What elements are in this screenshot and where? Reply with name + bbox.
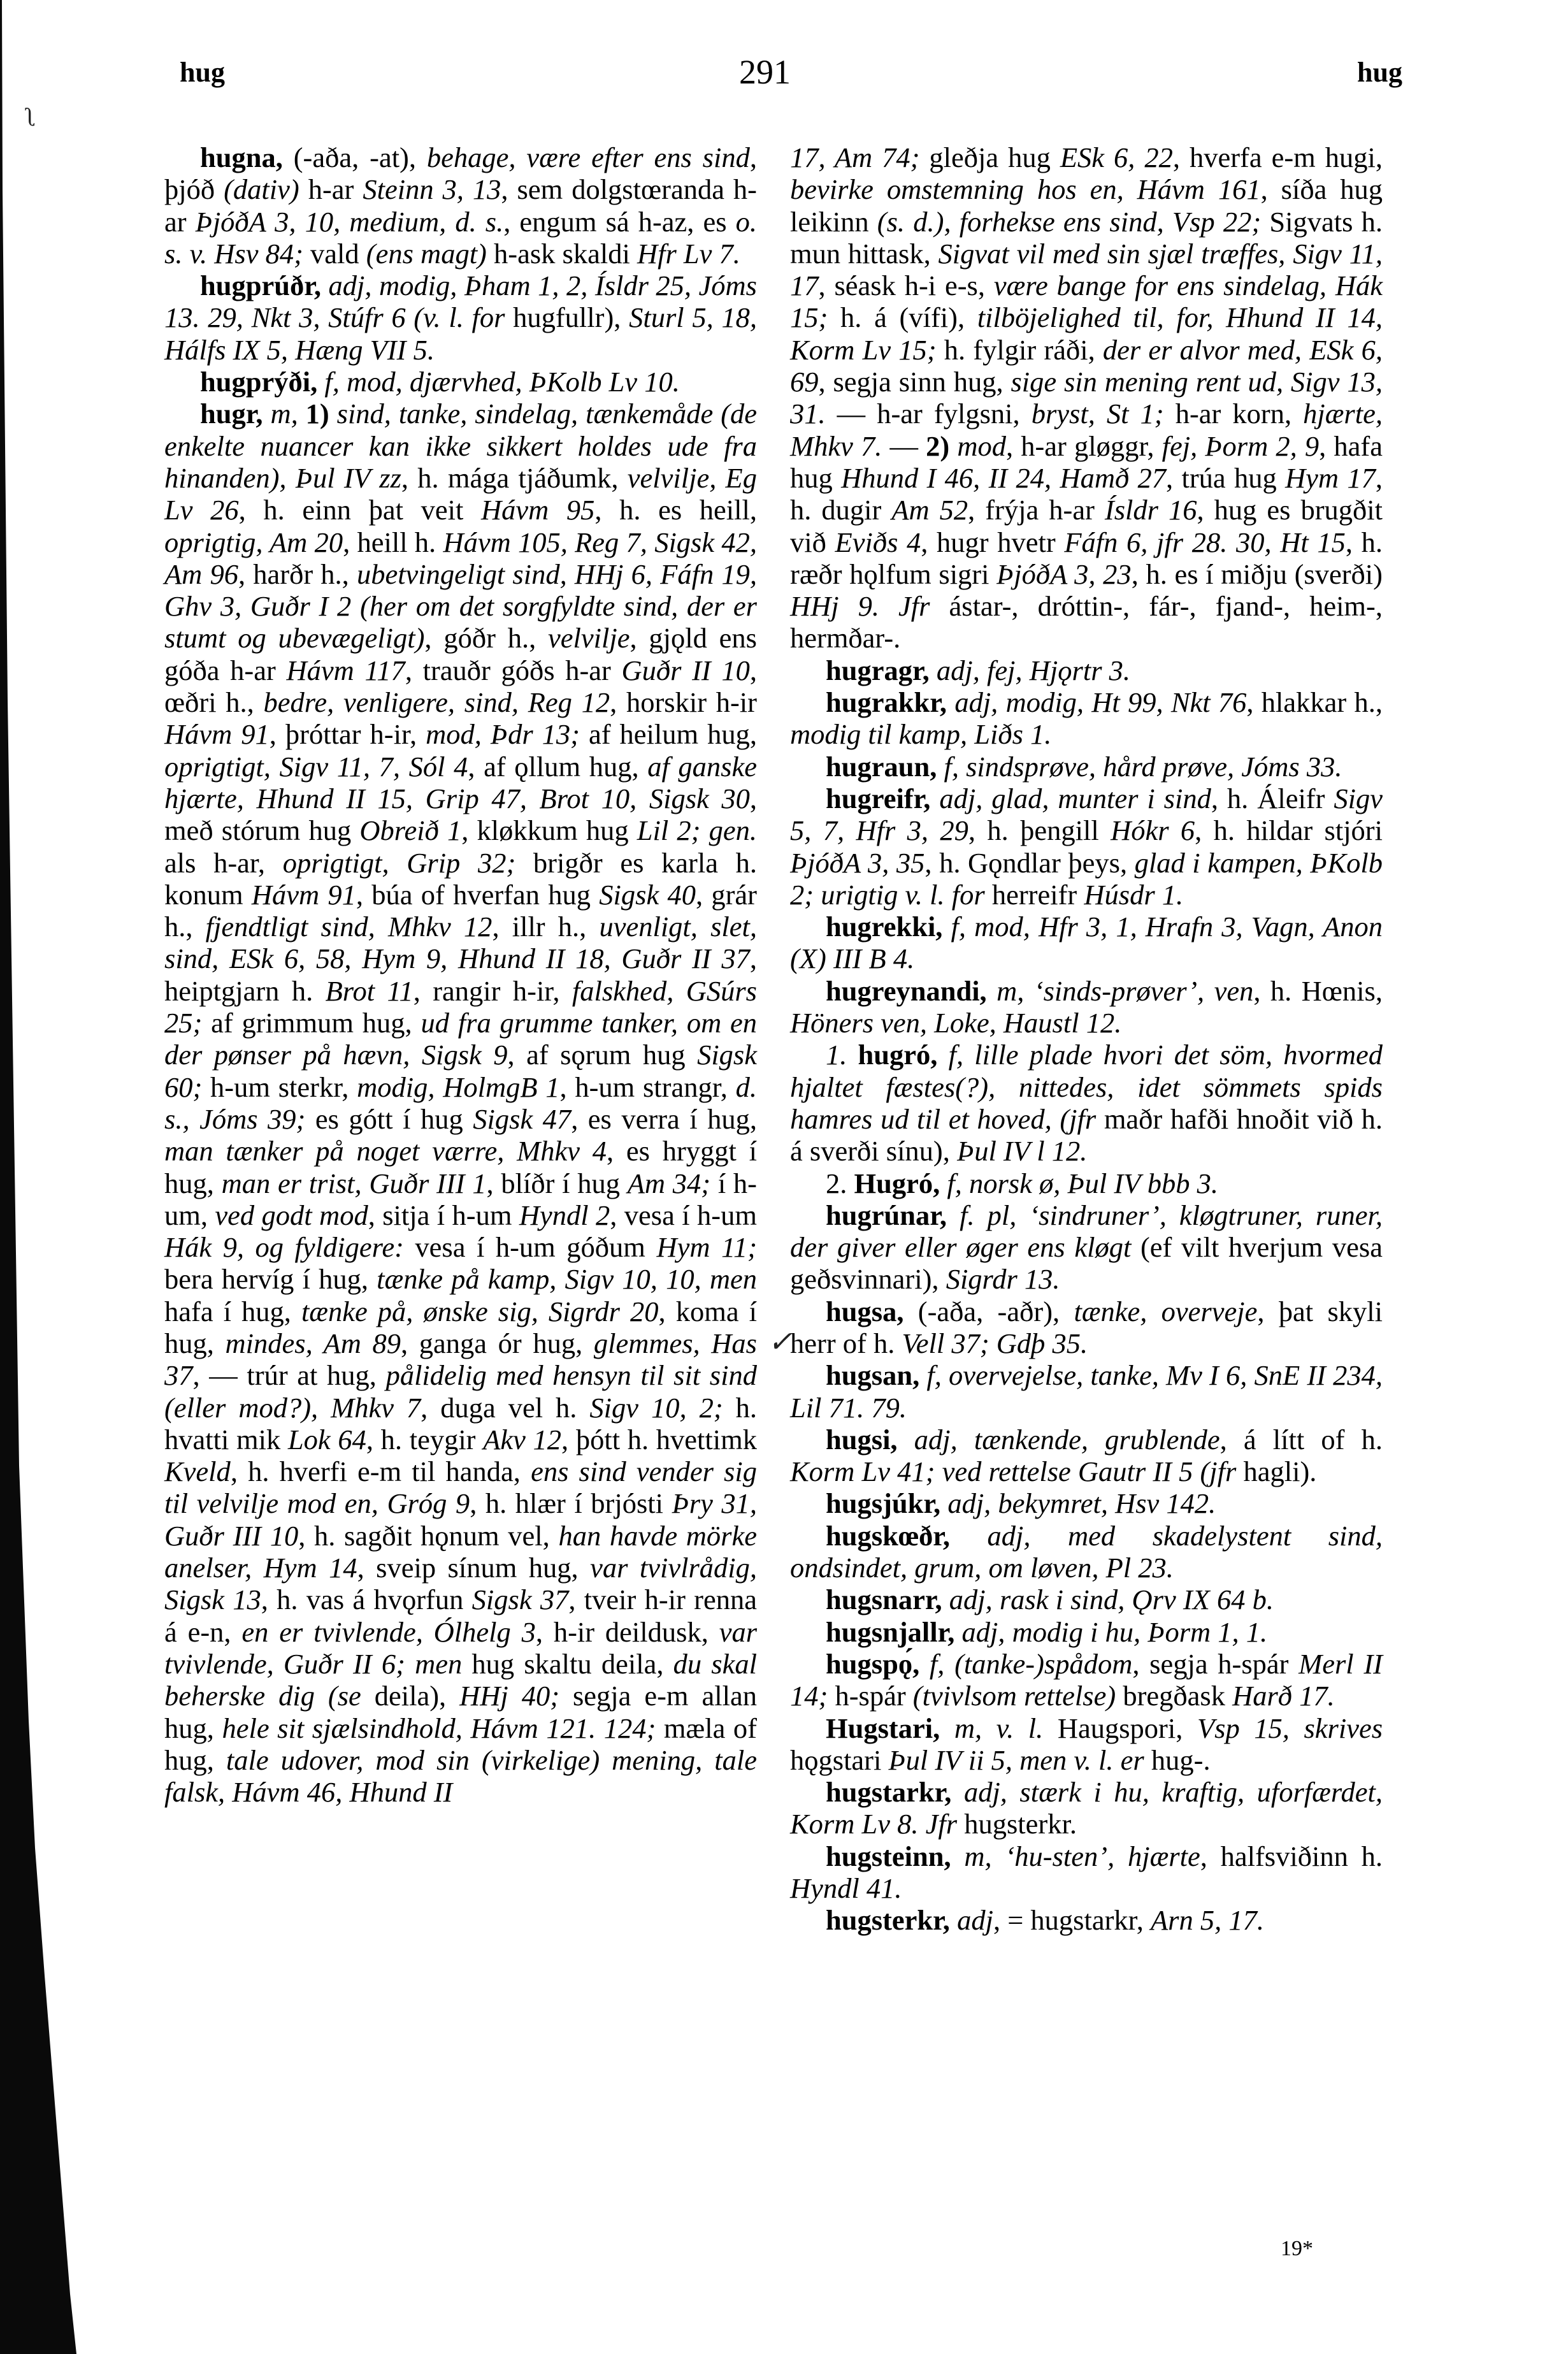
entry-text: , illr h., [492, 911, 599, 942]
italic-gloss: adj, glad, munter i sind [939, 783, 1211, 814]
italic-gloss: f, mod, djærvhed, ÞKolb Lv 10. [324, 366, 679, 398]
dictionary-entry: 17, Am 74; gleðja hug ESk 6, 22, hverfa … [790, 141, 1383, 654]
headword: hugsjúkr, [826, 1487, 940, 1519]
headword: 2) [926, 430, 957, 462]
entry-text [947, 686, 954, 718]
entry-text: hagli). [1236, 1455, 1316, 1487]
headword: hugsnjallr, [826, 1616, 954, 1648]
signature-mark: 19* [1281, 2237, 1313, 2261]
italic-gloss: ÞjóðA 3, 23 [996, 558, 1132, 590]
entry-text [942, 1584, 949, 1615]
italic-gloss: Sigsk 40 [599, 879, 696, 911]
italic-gloss: tale udover, mod sin (virkelige) mening,… [164, 1744, 757, 1808]
right-guide-word: hug [1357, 56, 1402, 89]
headword: hugró, [858, 1039, 938, 1071]
entry-text [950, 1520, 988, 1552]
headword: hugreynandi, [826, 975, 987, 1007]
italic-gloss: Guðr II 10 [621, 654, 749, 686]
italic-gloss: fjendtligt sind, Mhkv 12 [206, 911, 493, 942]
entry-text: , h. Gǫndlar þeys, [924, 847, 1134, 879]
entry-text: — [882, 430, 926, 462]
entry-text [951, 1840, 965, 1872]
entry-text [950, 1904, 957, 1936]
italic-gloss: Hyndl 41. [790, 1872, 902, 1904]
entry-text: herreifr [985, 879, 1084, 911]
italic-gloss: Hávm 91 [252, 879, 356, 911]
italic-gloss: oprigtigt, Sigv 11, 7, Sól 4 [164, 751, 468, 783]
italic-gloss: Lok 64 [288, 1424, 366, 1455]
headword: hugprýði, [200, 366, 317, 398]
italic-gloss: mod [957, 430, 1006, 462]
entry-text: (-aða, -at), [283, 141, 427, 173]
italic-gloss: Brot 11 [326, 975, 414, 1007]
entry-text: , trúa hug [1166, 462, 1285, 494]
italic-gloss: Sigsk 37 [472, 1584, 569, 1615]
italic-gloss: 1. [826, 1039, 858, 1071]
headword: hugrakkr, [826, 686, 947, 718]
entry-text: af grimmum hug, [202, 1007, 421, 1039]
headword: hugraun, [826, 751, 937, 783]
page-number: 291 [739, 52, 791, 92]
entry-text: hǫgstari [790, 1744, 889, 1776]
dictionary-entry: hugr, m, 1) sind, tanke, sindelag, tænke… [164, 398, 757, 1808]
italic-gloss: Sigsk 47 [473, 1103, 571, 1135]
italic-gloss: ved godt mod [215, 1199, 368, 1231]
italic-gloss: (ens magt) [366, 238, 487, 270]
headword: hugspǫ́, [826, 1648, 919, 1680]
italic-gloss: behage, være efter ens sind [427, 141, 750, 173]
dictionary-entry: 1. hugró, f, lille plade hvori det söm, … [790, 1039, 1383, 1167]
italic-gloss: m, ‘sinds-prøver’, ven [996, 975, 1253, 1007]
entry-text [930, 783, 939, 814]
entry-text: h. fylgir ráði, [937, 334, 1103, 366]
italic-gloss: Am 52 [891, 494, 968, 526]
italic-gloss: Hák 9, og fyldigere: [164, 1231, 404, 1263]
entry-text: , séask h-i e-s, [819, 270, 994, 301]
entry-text: , h. hildar stjóri [1195, 814, 1383, 846]
entry-text: h-ask skaldi [487, 238, 637, 270]
entry-text: , búa of hverfan hug [356, 879, 599, 911]
headword: hugrekki, [826, 911, 942, 942]
italic-gloss: 17, Am 74; [790, 141, 919, 173]
italic-gloss: Hávm 95 [481, 494, 594, 526]
headword: hugprúðr, [200, 270, 321, 301]
headword: hugna, [200, 141, 283, 173]
entry-text [942, 911, 951, 942]
entry-text: Haugspori, [1043, 1712, 1197, 1744]
italic-gloss: Húsdr 1. [1084, 879, 1183, 911]
dictionary-entry: hugreifr, adj, glad, munter i sind, h. Á… [790, 783, 1383, 911]
dictionary-entry: hugrúnar, f. pl, ‘sindruner’, kløgtruner… [790, 1199, 1383, 1296]
italic-gloss: Þul IV l 12. [957, 1135, 1087, 1167]
italic-gloss: Hókr 6 [1111, 814, 1195, 846]
entry-text: h-ar korn, [1164, 398, 1304, 430]
entry-text: 2. [826, 1167, 854, 1199]
italic-gloss: Hávm 91 [164, 718, 270, 750]
italic-gloss: (tvivlsom rettelse) [913, 1680, 1116, 1712]
italic-gloss: Höners ven, Loke, Haustl 12. [790, 1007, 1121, 1039]
entry-text: , hugr hvetr [921, 526, 1064, 558]
dictionary-entry: Hugstari, m, v. l. Haugspori, Vsp 15, sk… [790, 1712, 1383, 1777]
entry-text: bregðask [1116, 1680, 1232, 1712]
dictionary-entry: hugrekki, f, mod, Hfr 3, 1, Hrafn 3, Vag… [790, 911, 1383, 975]
right-column: 17, Am 74; gleðja hug ESk 6, 22, hverfa … [790, 141, 1383, 1937]
italic-gloss: tænke på, ønske sig, Sigrdr 20 [301, 1296, 659, 1327]
entry-text: , h-um strangr, [559, 1071, 735, 1103]
italic-gloss: Eviðs 4 [835, 526, 921, 558]
dictionary-entry: hugprúðr, adj, modig, Þham 1, 2, Ísldr 2… [164, 270, 757, 366]
entry-text: , góðr h., [424, 622, 548, 654]
entry-text: hugsterkr. [957, 1808, 1077, 1840]
headword: hugr, [200, 398, 263, 430]
left-column: hugna, (-aða, -at), behage, være efter e… [164, 141, 757, 1808]
italic-gloss: Akv 12 [483, 1424, 561, 1455]
entry-text: , frýja h-ar [968, 494, 1105, 526]
italic-gloss: mod, Þdr 13; [426, 718, 580, 750]
headword: Hugró, [854, 1167, 940, 1199]
headword: hugrúnar, [826, 1199, 947, 1231]
italic-gloss: hele sit sjælsindhold, Hávm 121. 124; [222, 1712, 656, 1744]
italic-gloss: Vsp 15, skrives [1197, 1712, 1383, 1744]
dictionary-entry: hugsterkr, adj, = hugstarkr, Arn 5, 17. [790, 1904, 1383, 1936]
entry-text: , h. Áleifr [1211, 783, 1334, 814]
headword: hugsan, [826, 1359, 919, 1391]
italic-gloss: adj, fej, Hjǫrtr 3. [937, 654, 1130, 686]
entry-text: vald [303, 238, 366, 270]
entry-text [987, 975, 996, 1007]
margin-checkmark-icon: ✓ [768, 1324, 793, 1359]
entry-text [263, 398, 271, 430]
italic-gloss: tænke, overveje [1074, 1296, 1257, 1327]
entry-text: , rangir h-ir, [414, 975, 572, 1007]
entry-text: als h-ar, [164, 847, 283, 879]
italic-gloss: Fáfn 6, jfr 28. 30, Ht 15 [1064, 526, 1346, 558]
entry-text: , h. teygir [366, 1424, 483, 1455]
dictionary-entry: hugsi, adj, tænkende, grublende, á lítt … [790, 1424, 1383, 1488]
italic-gloss: adj, rask i sind, Ǫrv IX 64 b. [949, 1584, 1274, 1615]
entry-text: h. á (vífi), [828, 301, 977, 333]
italic-gloss: ÞjóðA 3, 10, medium, d. s. [196, 206, 504, 238]
entry-text: , segja sinn hug, [819, 366, 1011, 398]
dictionary-entry: hugraun, f, sindsprøve, hård prøve, Jóms… [790, 751, 1383, 783]
entry-text: vesa í h-um góðum [404, 1231, 657, 1263]
italic-gloss: m, ‘hu-sten’, hjærte [964, 1840, 1200, 1872]
italic-gloss: mindes, Am 89 [226, 1327, 401, 1359]
entry-text: , h. þengill [968, 814, 1111, 846]
entry-text: , þróttar h-ir, [270, 718, 426, 750]
italic-gloss: Vell 37; Gdþ 35. [902, 1327, 1088, 1359]
entry-text: , sitja í h-um [368, 1199, 519, 1231]
italic-gloss: Sigrdr 13. [946, 1263, 1060, 1295]
entry-text [937, 751, 944, 783]
entry-text: h-um sterkr, [202, 1071, 357, 1103]
italic-gloss: adj, modig i hu, Þorm 1, 1. [962, 1616, 1268, 1648]
entry-text: , h. mága tjáðumk, [401, 462, 628, 494]
italic-gloss: Kveld [164, 1455, 231, 1487]
italic-gloss: HHj 9. Jfr [790, 590, 930, 622]
dictionary-entry: hugsnjallr, adj, modig i hu, Þorm 1, 1. [790, 1616, 1383, 1648]
italic-gloss: ÞjóðA 3, 35 [790, 847, 924, 879]
italic-gloss: Steinn 3, 13 [363, 173, 501, 205]
italic-gloss: en er tvivlende, Ólhelg 3 [241, 1616, 536, 1648]
entry-text [940, 1167, 947, 1199]
page-header: hug 291 hug [0, 56, 1568, 107]
entry-text: — h-ar fylgsni, [826, 398, 1032, 430]
entry-text: , þótt h. hvettimk [561, 1424, 757, 1455]
entry-text: h-spár [828, 1680, 912, 1712]
dictionary-entry: hugskœðr, adj, med skadelystent sind, on… [790, 1520, 1383, 1584]
entry-text: , segja h-spár [1132, 1648, 1298, 1680]
entry-text: , horskir h-ir [610, 686, 757, 718]
entry-text: deila), [361, 1680, 459, 1712]
italic-gloss: velvilje [548, 622, 629, 654]
italic-gloss: oprigtigt, Grip 32; [283, 847, 516, 879]
italic-gloss: Korm Lv 41; ved rettelse Gautr II 5 (jfr [790, 1455, 1236, 1487]
entry-text: , engum sá h-az, es [503, 206, 735, 238]
entry-text [954, 1616, 961, 1648]
entry-text: , h. einn þat veit [239, 494, 481, 526]
italic-gloss: (s. d.), forhekse ens sind, Vsp 22; [877, 206, 1261, 238]
entry-text: gleðja hug [919, 141, 1060, 173]
italic-gloss: Hávm 117 [286, 654, 405, 686]
italic-gloss: adj, bekymret, Hsv 142. [947, 1487, 1216, 1519]
italic-gloss: (dativ) [224, 173, 299, 205]
entry-text: , h. hlær í brjósti [470, 1487, 672, 1519]
italic-gloss: Hfr Lv 7. [637, 238, 740, 270]
italic-gloss: adj, modig, Ht 99, Nkt 76 [954, 686, 1246, 718]
italic-gloss: f, sindsprøve, hård prøve, Jóms 33. [944, 751, 1342, 783]
italic-gloss: adj, tænkende, grublende [914, 1424, 1220, 1455]
entry-text: , ganga ór hug, [401, 1327, 594, 1359]
dictionary-entry: 2. Hugró, f, norsk ø, Þul IV bbb 3. [790, 1167, 1383, 1199]
italic-gloss: Obreið 1 [359, 814, 461, 846]
dictionary-entry: hugrakkr, adj, modig, Ht 99, Nkt 76, hla… [790, 686, 1383, 751]
entry-text [919, 1648, 930, 1680]
headword: 1) [298, 398, 337, 430]
dictionary-entry: hugsan, f, overvejelse, tanke, Mv I 6, S… [790, 1359, 1383, 1424]
entry-text: bera hervíg í hug, [164, 1263, 377, 1295]
headword: hugsi, [826, 1424, 898, 1455]
italic-gloss: Hyndl 2 [519, 1199, 610, 1231]
entry-text [940, 1487, 947, 1519]
headword: hugsterkr, [826, 1904, 950, 1936]
entry-text [919, 1359, 926, 1391]
entry-text: es gótt í hug [305, 1103, 473, 1135]
entry-text: , harðr h., [238, 558, 357, 590]
dictionary-entry: hugna, (-aða, -at), behage, være efter e… [164, 141, 757, 270]
entry-text: , af ǫllum hug, [468, 751, 647, 783]
entry-text: , — trúr at hug, [193, 1359, 386, 1391]
entry-text [947, 1199, 960, 1231]
entry-text: , es verra í hug, [571, 1103, 757, 1135]
dictionary-entry: hugsa, (-aða, -aðr), tænke, overveje, þa… [790, 1296, 1383, 1360]
entry-text: , á lítt of h. [1220, 1424, 1383, 1455]
entry-text: , kløkkum hug [461, 814, 637, 846]
italic-gloss: adj [957, 1904, 993, 1936]
italic-gloss: m, [270, 398, 298, 430]
entry-text: hugfullr), [505, 301, 629, 333]
headword: Hugstari, [826, 1712, 940, 1744]
dictionary-entry: hugsteinn, m, ‘hu-sten’, hjærte, halfsvi… [790, 1840, 1383, 1905]
headword: hugragr, [826, 654, 930, 686]
italic-gloss: modig til kamp, Liðs 1. [790, 718, 1051, 750]
italic-gloss: bedre, venligere, sind, Reg 12 [263, 686, 610, 718]
entry-text: , h. es í miðju (sverði) [1132, 558, 1383, 590]
entry-text: , h. vas á hvǫrfun [261, 1584, 472, 1615]
italic-gloss: modig, HolmgB 1 [357, 1071, 559, 1103]
headword: hugstarkr, [826, 1776, 951, 1808]
entry-text: , af sǫrum hug [508, 1039, 698, 1071]
headword: hugsteinn, [826, 1840, 951, 1872]
italic-gloss: m, v. l. [954, 1712, 1043, 1744]
italic-gloss: oprigtig, Am 20 [164, 526, 343, 558]
entry-text: , hverfa e-m hugi, [1173, 141, 1383, 173]
entry-text [937, 1039, 948, 1071]
dictionary-entry: hugreynandi, m, ‘sinds-prøver’, ven, h. … [790, 975, 1383, 1039]
italic-gloss: fej, Þorm 2, 9 [1162, 430, 1320, 462]
italic-gloss: Sigv 10, 2; [589, 1392, 723, 1424]
italic-gloss: bryst, St 1; [1032, 398, 1164, 430]
entry-text: h-ar [299, 173, 363, 205]
entry-text: , h. Hœnis, [1253, 975, 1383, 1007]
entry-text: , hlakkar h., [1246, 686, 1383, 718]
headword: hugreifr, [826, 783, 930, 814]
dictionary-entry: hugsnarr, adj, rask i sind, Ǫrv IX 64 b. [790, 1584, 1383, 1615]
entry-text: , h. es heill, [594, 494, 757, 526]
entry-text: , h-ir deildusk, [536, 1616, 719, 1648]
entry-text [898, 1424, 914, 1455]
italic-gloss: HHj 40; [459, 1680, 559, 1712]
entry-text: , h. sagðit hǫnum vel, [298, 1520, 558, 1552]
left-guide-word: hug [180, 56, 225, 89]
entry-text: , duga vel h. [421, 1392, 589, 1424]
entry-text [940, 1712, 954, 1744]
entry-text: , trauðr góðs h-ar [405, 654, 622, 686]
entry-text: , sveip sínum hug, [357, 1552, 591, 1584]
italic-gloss: f, (tanke-)spådom [930, 1648, 1132, 1680]
entry-text: hug-. [1144, 1744, 1211, 1776]
italic-gloss: bevirke omstemning hos en, Hávm 161 [790, 173, 1261, 205]
italic-gloss: Harð 17. [1232, 1680, 1335, 1712]
dictionary-entry: hugprýði, f, mod, djærvhed, ÞKolb Lv 10. [164, 366, 757, 398]
italic-gloss: Hhund I 46, II 24, Hamð 27 [841, 462, 1166, 494]
entry-text [951, 1776, 964, 1808]
entry-text: , h. hverfi e-m til handa, [231, 1455, 531, 1487]
italic-gloss: tænke på kamp, Sigv 10, 10, men [377, 1263, 757, 1295]
italic-gloss: Hym 17 [1285, 462, 1376, 494]
italic-gloss: man er trist, Guðr III 1 [222, 1167, 487, 1199]
entry-text [930, 654, 937, 686]
entry-text [317, 366, 324, 398]
scan-binding-shadow [0, 0, 76, 2354]
italic-gloss: Hym 11; [656, 1231, 757, 1263]
dictionary-entry: hugsjúkr, adj, bekymret, Hsv 142. [790, 1487, 1383, 1519]
headword: hugskœðr, [826, 1520, 950, 1552]
entry-text: , blíðr í hug [487, 1167, 628, 1199]
entry-text: , = hugstarkr, [993, 1904, 1151, 1936]
entry-text: , heill h. [343, 526, 443, 558]
entry-text: hafa í hug, [164, 1296, 301, 1327]
headword: hugsnarr, [826, 1584, 942, 1615]
entry-text: , h-ar gløggr, [1006, 430, 1162, 462]
dictionary-entry: hugragr, adj, fej, Hjǫrtr 3. [790, 654, 1383, 686]
italic-gloss: f, norsk ø, Þul IV bbb 3. [947, 1167, 1218, 1199]
dictionary-entry: hugspǫ́, f, (tanke-)spådom, segja h-spár… [790, 1648, 1383, 1712]
italic-gloss: Þul IV ii 5, men v. l. er [889, 1744, 1144, 1776]
italic-gloss: Am 34; [628, 1167, 710, 1199]
italic-gloss: Ísldr 16 [1105, 494, 1197, 526]
italic-gloss: Lil 2; gen. [637, 814, 757, 846]
italic-gloss: man tænker på noget værre, Mhkv 4 [164, 1135, 607, 1167]
entry-text: , vesa í h-um [610, 1199, 757, 1231]
entry-text: af heilum hug, [580, 718, 757, 750]
entry-text: , halfsviðinn h. [1200, 1840, 1383, 1872]
entry-text: (-aða, -aðr), [903, 1296, 1074, 1327]
italic-gloss: ESk 6, 22 [1060, 141, 1173, 173]
entry-text [321, 270, 328, 301]
headword: hugsa, [826, 1296, 903, 1327]
entry-text: hug skaltu deila, [462, 1648, 673, 1680]
italic-gloss: Arn 5, 17. [1151, 1904, 1264, 1936]
dictionary-entry: hugstarkr, adj, stærk i hu, kraftig, ufo… [790, 1776, 1383, 1840]
